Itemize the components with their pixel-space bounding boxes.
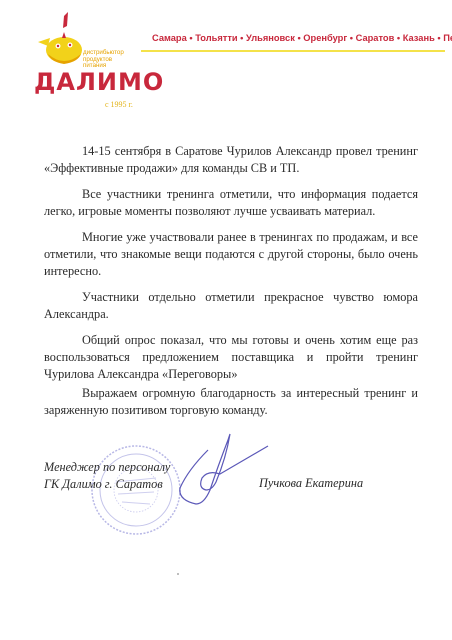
signer-role: Менеджер по персоналу ГК Далимо г. Сарат… xyxy=(44,459,170,494)
handwritten-signature-icon xyxy=(168,430,278,510)
paragraph: Многие уже участвовали ранее в тренингах… xyxy=(44,229,418,281)
header-divider xyxy=(141,50,445,52)
letter-body: 14-15 сентября в Саратове Чурилов Алекса… xyxy=(44,143,418,392)
company-logo: дистрибьютор продуктов питания ДАЛИМО с … xyxy=(34,10,154,110)
brand-name: ДАЛИМО xyxy=(34,68,164,96)
logo-tagline: дистрибьютор продуктов питания xyxy=(83,50,124,70)
signer-name: Пучкова Екатерина xyxy=(259,476,363,491)
paragraph: Участники отдельно отметили прекрасное ч… xyxy=(44,289,418,324)
cities-list: Самара • Тольятти • Ульяновск • Оренбург… xyxy=(152,33,452,43)
scan-speck xyxy=(177,573,179,575)
paragraph: 14-15 сентября в Саратове Чурилов Алекса… xyxy=(44,143,418,178)
role-line: Менеджер по персоналу xyxy=(44,459,170,476)
paragraph: Общий опрос показал, что мы готовы и оче… xyxy=(44,332,418,384)
role-line: ГК Далимо г. Саратов xyxy=(44,476,170,493)
thanks-paragraph: Выражаем огромную благодарность за интер… xyxy=(44,385,418,420)
paragraph: Все участники тренинга отметили, что инф… xyxy=(44,186,418,221)
founded-year: с 1995 г. xyxy=(105,100,133,109)
